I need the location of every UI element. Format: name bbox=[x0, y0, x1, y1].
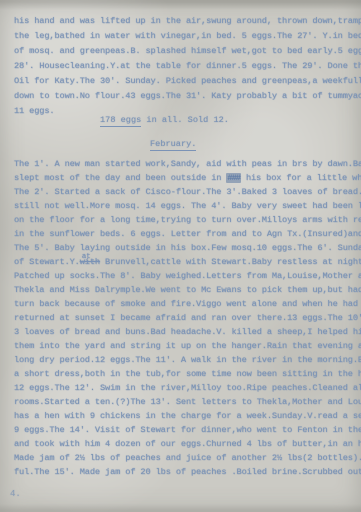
typed-line: them into the yard and string it up on t… bbox=[14, 339, 358, 353]
typed-line: his hand and was lifted up in the air,sw… bbox=[14, 14, 358, 29]
page-number: 4. bbox=[10, 489, 21, 499]
typed-line: and took with him 4 dozen of our eggs.Ch… bbox=[14, 437, 358, 451]
typed-line: down to town.No flour.43 eggs.The 31'. K… bbox=[14, 89, 358, 104]
typed-line: returned at sunset I became afraid and r… bbox=[14, 311, 358, 325]
january-continuation-paragraph: his hand and was lifted up in the air,sw… bbox=[14, 14, 358, 119]
typed-line: turn back because of smoke and fire.Vigg… bbox=[14, 297, 358, 311]
typed-line: Made jam of 2½ lbs of peaches and juice … bbox=[14, 451, 358, 465]
typed-line: Patched up socks.The 8'. Baby weighed.Le… bbox=[14, 269, 358, 283]
typed-line: a short dress,both in the tub,for some t… bbox=[14, 367, 358, 381]
february-paragraph: The 1'. A new man started work,Sandy, ai… bbox=[14, 157, 358, 479]
typed-line: ful.The 15'. Made jam of 20 lbs of peach… bbox=[14, 465, 358, 479]
typed-line: in the sunflower beds. 6 eggs. Letter fr… bbox=[14, 227, 358, 241]
february-heading: February. bbox=[150, 139, 196, 149]
egg-total-underlined: 178 eggs bbox=[100, 115, 141, 127]
typed-line: still not well.More mosq. 14 eggs. The 4… bbox=[14, 199, 358, 213]
typed-line: of mosq. and greenpeas.B. splashed himse… bbox=[14, 44, 358, 59]
typed-line: The 5'. Baby laying outside in his box.F… bbox=[14, 241, 358, 255]
typed-line: Oil for Katy.The 30'. Sunday. Picked pea… bbox=[14, 74, 358, 89]
typed-line: has a hen with 9 chickens in the charge … bbox=[14, 409, 358, 423]
egg-summary-rest: in all. Sold 12. bbox=[141, 115, 229, 125]
typed-line: The 2'. Started a sack of Cisco-flour.Th… bbox=[14, 185, 358, 199]
typed-line: on the floor for a long time,trying to t… bbox=[14, 213, 358, 227]
typed-line: The 1'. A new man started work,Sandy, ai… bbox=[14, 157, 358, 171]
typed-line: the leg,bathed in water with vinegar,in … bbox=[14, 29, 358, 44]
egg-summary-line: 178 eggs in all. Sold 12. bbox=[100, 115, 229, 125]
typed-line: 12 eggs.The 12'. Swim in the river,Millo… bbox=[14, 381, 358, 395]
typed-line: 3 loaves of bread and buns.Bad headache.… bbox=[14, 325, 358, 339]
typed-line: slept most of the day and been outside i… bbox=[14, 171, 358, 185]
scanned-page: his hand and was lifted up in the air,sw… bbox=[0, 0, 361, 512]
typed-line: long dry period.12 eggs.The 11'. A walk … bbox=[14, 353, 358, 367]
typed-line: rooms.Started a ten.(?)The 13'. Sent let… bbox=[14, 395, 358, 409]
interlinear-insertion: at bbox=[82, 250, 91, 264]
typed-line: 9 eggs.The 14'. Visit of Stewart for din… bbox=[14, 423, 358, 437]
typed-line: of Stewart.Y.withat Brunvell,cattle with… bbox=[14, 255, 358, 269]
typed-line: 28'. Housecleaning.Y.at the table for di… bbox=[14, 59, 358, 74]
typed-line: Thekla and Miss Dalrymple.We went to Mc … bbox=[14, 283, 358, 297]
